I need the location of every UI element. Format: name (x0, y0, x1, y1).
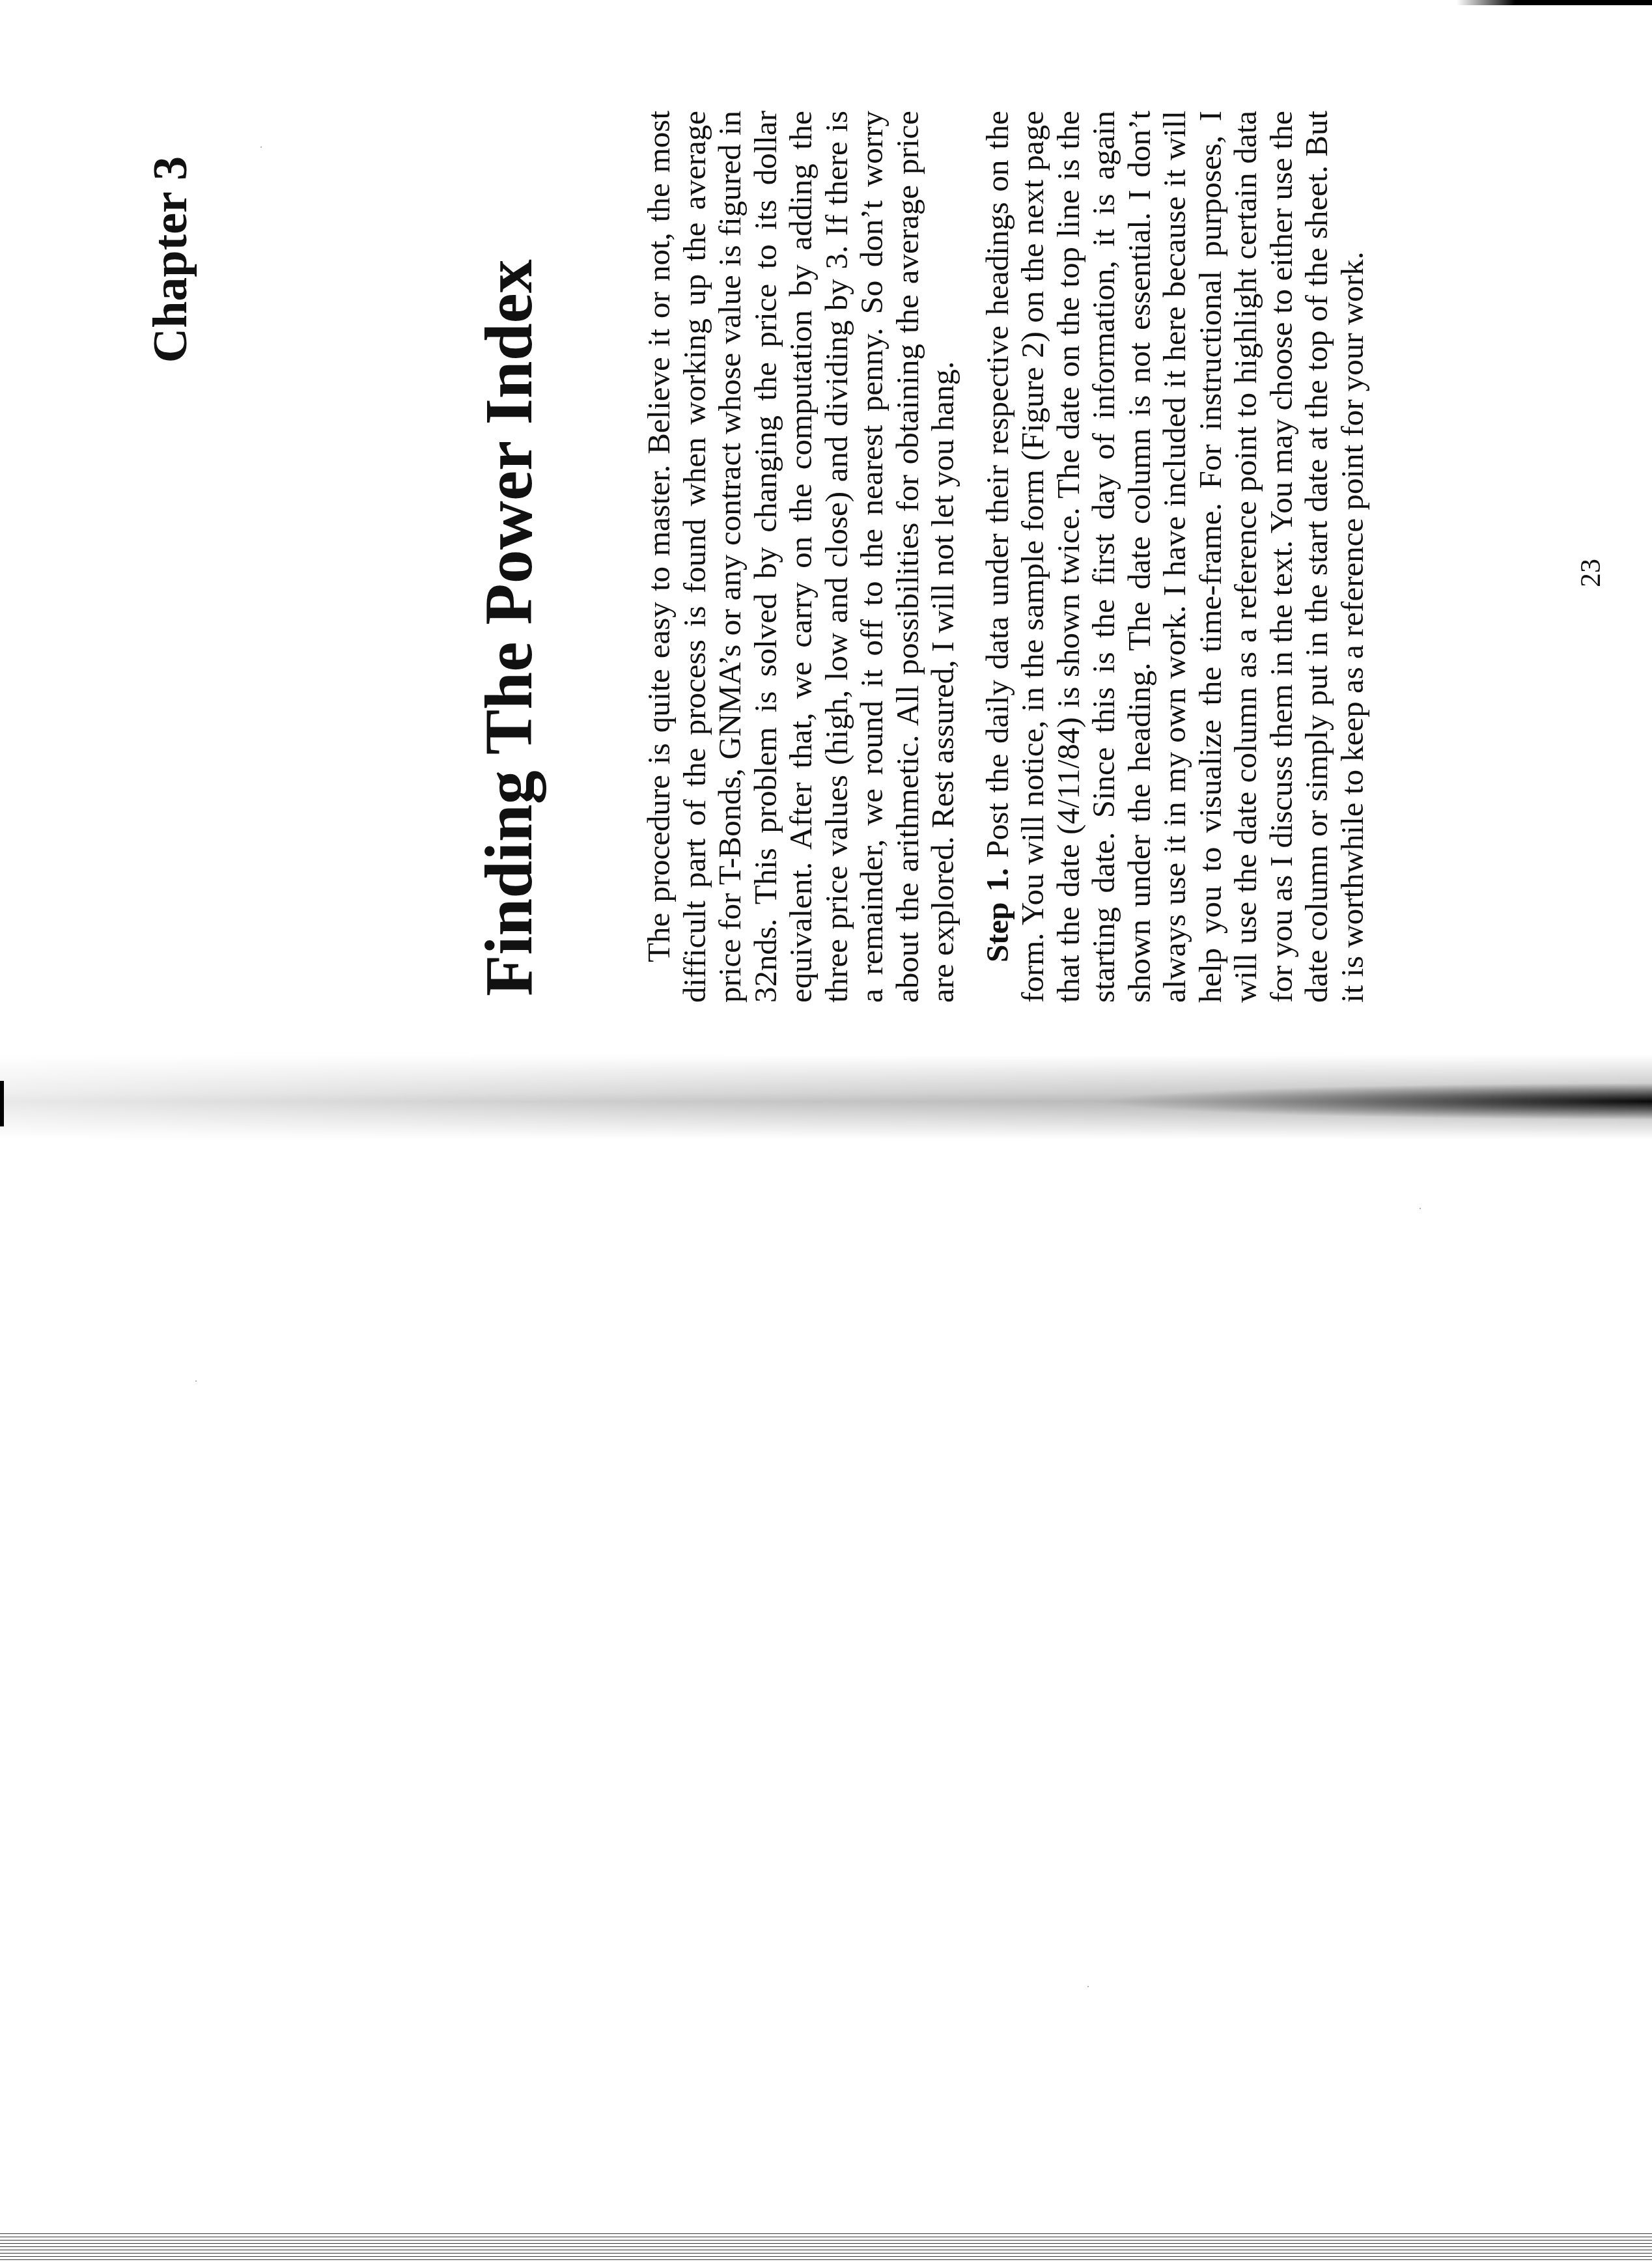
binding-edge-mark (0, 1081, 4, 1126)
top-scan-edge (1457, 0, 1652, 5)
paragraph-intro: The procedure is quite easy to master. B… (641, 111, 961, 1003)
scanned-page: Chapter 3 Finding The Power Index The pr… (0, 0, 1652, 2262)
page-number: 23 (1574, 559, 1607, 587)
book-binding-shadow (0, 1055, 1652, 1139)
step-text: Post the daily data under their respecti… (979, 111, 1370, 1003)
scan-speck (1087, 1986, 1089, 1987)
chapter-title: Finding The Power Index (475, 259, 543, 996)
scan-speck (195, 1380, 197, 1382)
step-label: Step 1. (979, 868, 1015, 962)
body-text: The procedure is quite easy to master. B… (641, 111, 1370, 1003)
chapter-label: Chapter 3 (147, 156, 195, 363)
bottom-scan-lines (0, 2232, 1652, 2262)
rotated-page-content: Chapter 3 Finding The Power Index The pr… (120, 111, 1638, 1022)
scan-speck (260, 147, 262, 148)
scan-speck (1420, 1208, 1421, 1209)
paragraph-step-1: Step 1. Post the daily data under their … (980, 111, 1371, 1003)
